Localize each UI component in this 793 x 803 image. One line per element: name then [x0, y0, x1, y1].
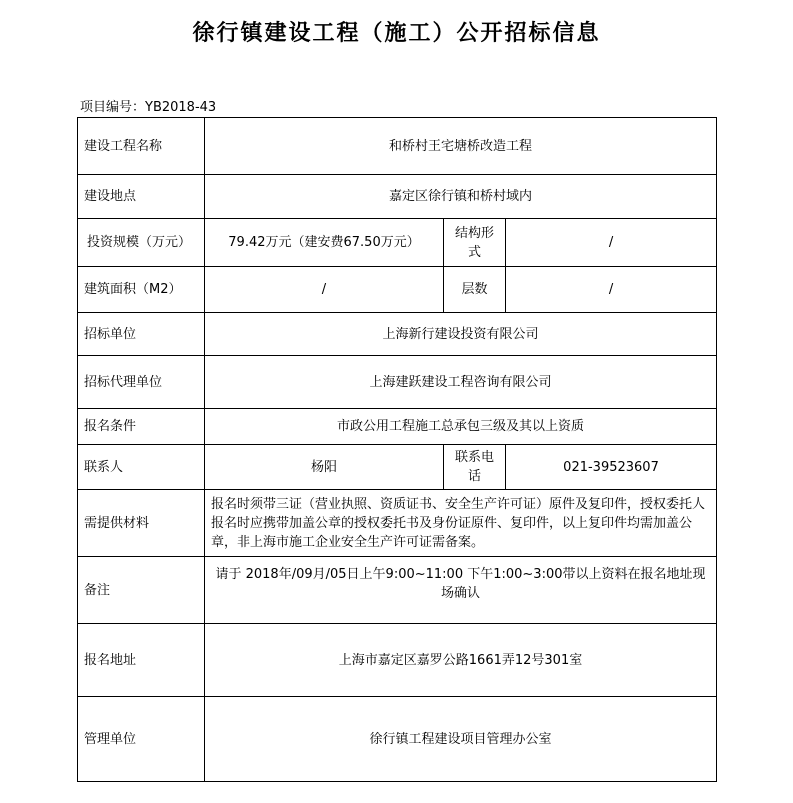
table-row: 需提供材料 报名时须带三证（营业执照、资质证书、安全生产许可证）原件及复印件，授…	[78, 490, 717, 557]
table-row: 管理单位 徐行镇工程建设项目管理办公室	[78, 697, 717, 782]
manager-value: 徐行镇工程建设项目管理办公室	[205, 697, 717, 782]
manager-label: 管理单位	[78, 697, 205, 782]
area-label: 建筑面积（M2）	[78, 267, 205, 313]
page-title: 徐行镇建设工程（施工）公开招标信息	[0, 16, 793, 47]
contact-value: 杨阳	[205, 445, 444, 490]
table-row: 联系人 杨阳 联系电话 021-39523607	[78, 445, 717, 490]
phone-label: 联系电话	[444, 445, 506, 490]
project-name-value: 和桥村王宅塘桥改造工程	[205, 118, 717, 175]
table-row: 投资规模（万元） 79.42万元（建安费67.50万元） 结构形式 /	[78, 219, 717, 267]
table-row: 建设地点 嘉定区徐行镇和桥村域内	[78, 175, 717, 219]
address-label: 报名地址	[78, 624, 205, 697]
table-row: 建设工程名称 和桥村王宅塘桥改造工程	[78, 118, 717, 175]
location-label: 建设地点	[78, 175, 205, 219]
agent-value: 上海建跃建设工程咨询有限公司	[205, 356, 717, 409]
materials-label: 需提供材料	[78, 490, 205, 557]
tender-info-table: 建设工程名称 和桥村王宅塘桥改造工程 建设地点 嘉定区徐行镇和桥村域内 投资规模…	[77, 117, 717, 782]
table-row: 招标代理单位 上海建跃建设工程咨询有限公司	[78, 356, 717, 409]
location-value: 嘉定区徐行镇和桥村域内	[205, 175, 717, 219]
investment-value: 79.42万元（建安费67.50万元）	[205, 219, 444, 267]
agent-label: 招标代理单位	[78, 356, 205, 409]
tenderer-value: 上海新行建设投资有限公司	[205, 313, 717, 356]
materials-value: 报名时须带三证（营业执照、资质证书、安全生产许可证）原件及复印件，授权委托人报名…	[205, 490, 717, 557]
requirement-value: 市政公用工程施工总承包三级及其以上资质	[205, 409, 717, 445]
project-name-label: 建设工程名称	[78, 118, 205, 175]
table-row: 报名条件 市政公用工程施工总承包三级及其以上资质	[78, 409, 717, 445]
phone-value: 021-39523607	[506, 445, 717, 490]
table-row: 报名地址 上海市嘉定区嘉罗公路1661弄12号301室	[78, 624, 717, 697]
structure-value: /	[506, 219, 717, 267]
table-row: 备注 请于 2018年/09月/05日上午9:00~11:00 下午1:00~3…	[78, 557, 717, 624]
table-row: 建筑面积（M2） / 层数 /	[78, 267, 717, 313]
remark-label: 备注	[78, 557, 205, 624]
address-value: 上海市嘉定区嘉罗公路1661弄12号301室	[205, 624, 717, 697]
area-value: /	[205, 267, 444, 313]
remark-value: 请于 2018年/09月/05日上午9:00~11:00 下午1:00~3:00…	[205, 557, 717, 624]
floors-label: 层数	[444, 267, 506, 313]
project-number: 项目编号：YB2018-43	[80, 96, 216, 115]
investment-label: 投资规模（万元）	[78, 219, 205, 267]
structure-label: 结构形式	[444, 219, 506, 267]
requirement-label: 报名条件	[78, 409, 205, 445]
table-row: 招标单位 上海新行建设投资有限公司	[78, 313, 717, 356]
tenderer-label: 招标单位	[78, 313, 205, 356]
contact-label: 联系人	[78, 445, 205, 490]
floors-value: /	[506, 267, 717, 313]
